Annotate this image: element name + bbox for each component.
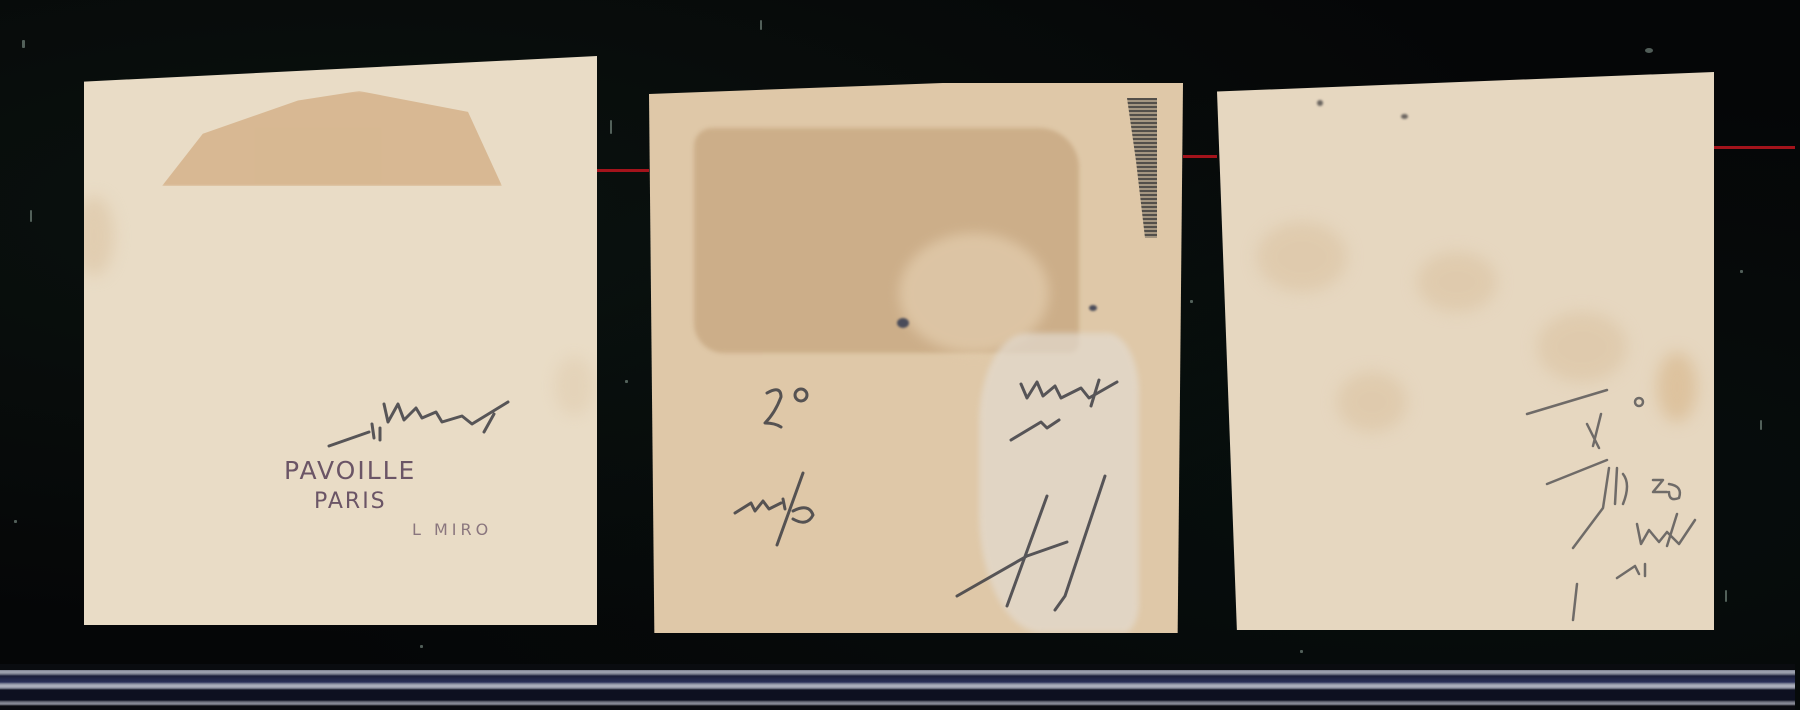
hinge-stain — [162, 91, 502, 186]
pencil-mark-2-degree — [749, 383, 829, 453]
foxing-spot — [554, 356, 594, 416]
red-guide-line — [1183, 155, 1217, 158]
red-guide-line — [1714, 146, 1795, 149]
dirt-spot — [1317, 100, 1323, 106]
stock-card: PAVOILLE PARIS L MIRO — [0, 0, 1800, 710]
offset-print-strip — [1127, 98, 1157, 238]
dust-speck — [1300, 650, 1303, 653]
dust-speck — [1645, 48, 1653, 53]
dust-speck — [420, 645, 423, 648]
handstamp-line-2: PARIS — [314, 489, 387, 514]
handstamp-line-1: PAVOILLE — [284, 456, 416, 485]
stamp-back-left: PAVOILLE PARIS L MIRO — [84, 56, 597, 625]
foxing-spot — [1537, 312, 1627, 382]
stamp-back-center — [649, 83, 1183, 633]
dust-speck — [22, 40, 25, 48]
ink-spot — [1089, 305, 1097, 311]
dust-speck — [625, 380, 628, 383]
mount-strip — [0, 664, 1795, 710]
handstamp-line-3: L MIRO — [412, 520, 492, 539]
foxing-spot — [1337, 372, 1407, 432]
pencil-signature — [324, 384, 554, 464]
stamp-back-right — [1217, 72, 1714, 630]
dust-speck — [14, 520, 17, 523]
dust-speck — [1740, 270, 1743, 273]
dust-speck — [1190, 300, 1193, 303]
ink-spot — [897, 318, 909, 328]
pencil-signature-notation — [1517, 384, 1697, 624]
dust-speck — [610, 120, 612, 134]
foxing-spot — [1417, 252, 1497, 312]
dust-speck — [1725, 590, 1727, 602]
dust-speck — [760, 20, 762, 30]
pencil-initials — [947, 466, 1117, 616]
foxing-spot — [1257, 222, 1347, 292]
red-guide-line — [597, 169, 649, 172]
dirt-spot — [1401, 114, 1408, 119]
foxing-spot — [84, 196, 114, 276]
dust-speck — [1760, 420, 1762, 430]
dust-speck — [30, 210, 32, 222]
pencil-mark-rip — [731, 463, 841, 553]
pencil-signature — [1001, 370, 1171, 450]
